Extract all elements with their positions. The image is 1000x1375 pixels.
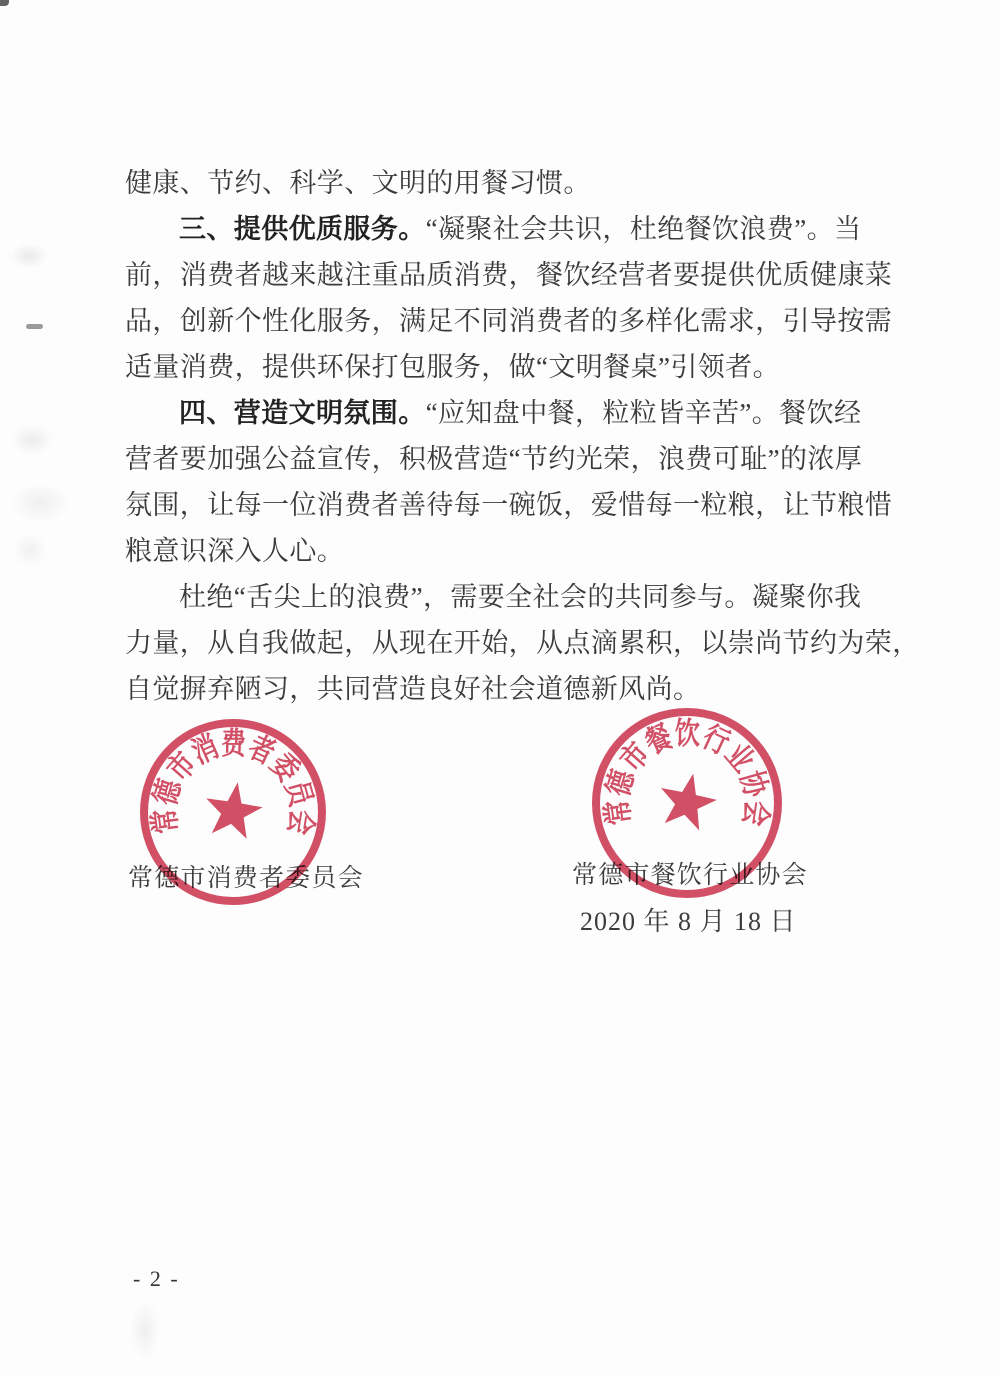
text-segment: 力量，从自我做起，从现在开始，从点滴累积，以崇尚节约为荣， <box>125 628 920 658</box>
text-segment: 品，创新个性化服务，满足不同消费者的多样化需求，引导按需 <box>125 306 892 336</box>
star-icon <box>654 768 721 833</box>
text-segment: 四、营造文明氛围。 <box>179 398 426 428</box>
scan-smudge <box>10 243 48 269</box>
body-line: 健康、节约、科学、文明的用餐习惯。 <box>125 160 885 206</box>
text-segment: 营者要加强公益宣传，积极营造“节约光荣，浪费可耻”的浓厚 <box>125 444 862 474</box>
star-icon <box>201 778 266 841</box>
text-segment: 适量消费，提供环保打包服务，做“文明餐桌”引领者。 <box>125 352 780 382</box>
body-line: 粮意识深入人心。 <box>125 528 885 574</box>
scan-smudge <box>130 1300 160 1360</box>
body-line: 氛围，让每一位消费者善待每一碗饭，爱惜每一粒粮，让节粮惜 <box>125 482 885 528</box>
body-line: 营者要加强公益宣传，积极营造“节约光荣，浪费可耻”的浓厚 <box>125 436 885 482</box>
scan-corner-mark <box>0 0 9 6</box>
official-seal-left: 常德市消费者委员会 <box>128 707 338 917</box>
scan-smudge <box>13 533 47 567</box>
body-line: 三、提供优质服务。“凝聚社会共识，杜绝餐饮浪费”。当 <box>125 206 885 252</box>
text-segment: 粮意识深入人心。 <box>125 536 344 566</box>
body-line: 力量，从自我做起，从现在开始，从点滴累积，以崇尚节约为荣， <box>125 620 885 666</box>
scan-smudge <box>10 483 70 523</box>
text-segment: “凝聚社会共识，杜绝餐饮浪费”。当 <box>426 214 862 244</box>
scan-smudge <box>26 324 43 329</box>
page-number: - 2 - <box>133 1266 180 1292</box>
body-line: 前，消费者越来越注重品质消费，餐饮经营者要提供优质健康菜 <box>125 252 885 298</box>
text-segment: 三、提供优质服务。 <box>179 214 426 244</box>
scan-smudge <box>10 425 54 455</box>
body-line: 杜绝“舌尖上的浪费”，需要全社会的共同参与。凝聚你我 <box>125 574 885 620</box>
text-segment: 前，消费者越来越注重品质消费，餐饮经营者要提供优质健康菜 <box>125 260 892 290</box>
document-body: 健康、节约、科学、文明的用餐习惯。三、提供优质服务。“凝聚社会共识，杜绝餐饮浪费… <box>125 160 885 712</box>
body-line: 品，创新个性化服务，满足不同消费者的多样化需求，引导按需 <box>125 298 885 344</box>
body-line: 适量消费，提供环保打包服务，做“文明餐桌”引领者。 <box>125 344 885 390</box>
text-segment: 健康、节约、科学、文明的用餐习惯。 <box>125 168 591 198</box>
text-segment: “应知盘中餐，粒粒皆辛苦”。餐饮经 <box>426 398 862 428</box>
body-line: 四、营造文明氛围。“应知盘中餐，粒粒皆辛苦”。餐饮经 <box>125 390 885 436</box>
document-page: 健康、节约、科学、文明的用餐习惯。三、提供优质服务。“凝聚社会共识，杜绝餐饮浪费… <box>0 0 1000 1375</box>
text-segment: 氛围，让每一位消费者善待每一碗饭，爱惜每一粒粮，让节粮惜 <box>125 490 892 520</box>
text-segment: 杜绝“舌尖上的浪费”，需要全社会的共同参与。凝聚你我 <box>179 582 861 612</box>
official-seal-right: 常德市餐饮行业协会 <box>582 698 792 908</box>
